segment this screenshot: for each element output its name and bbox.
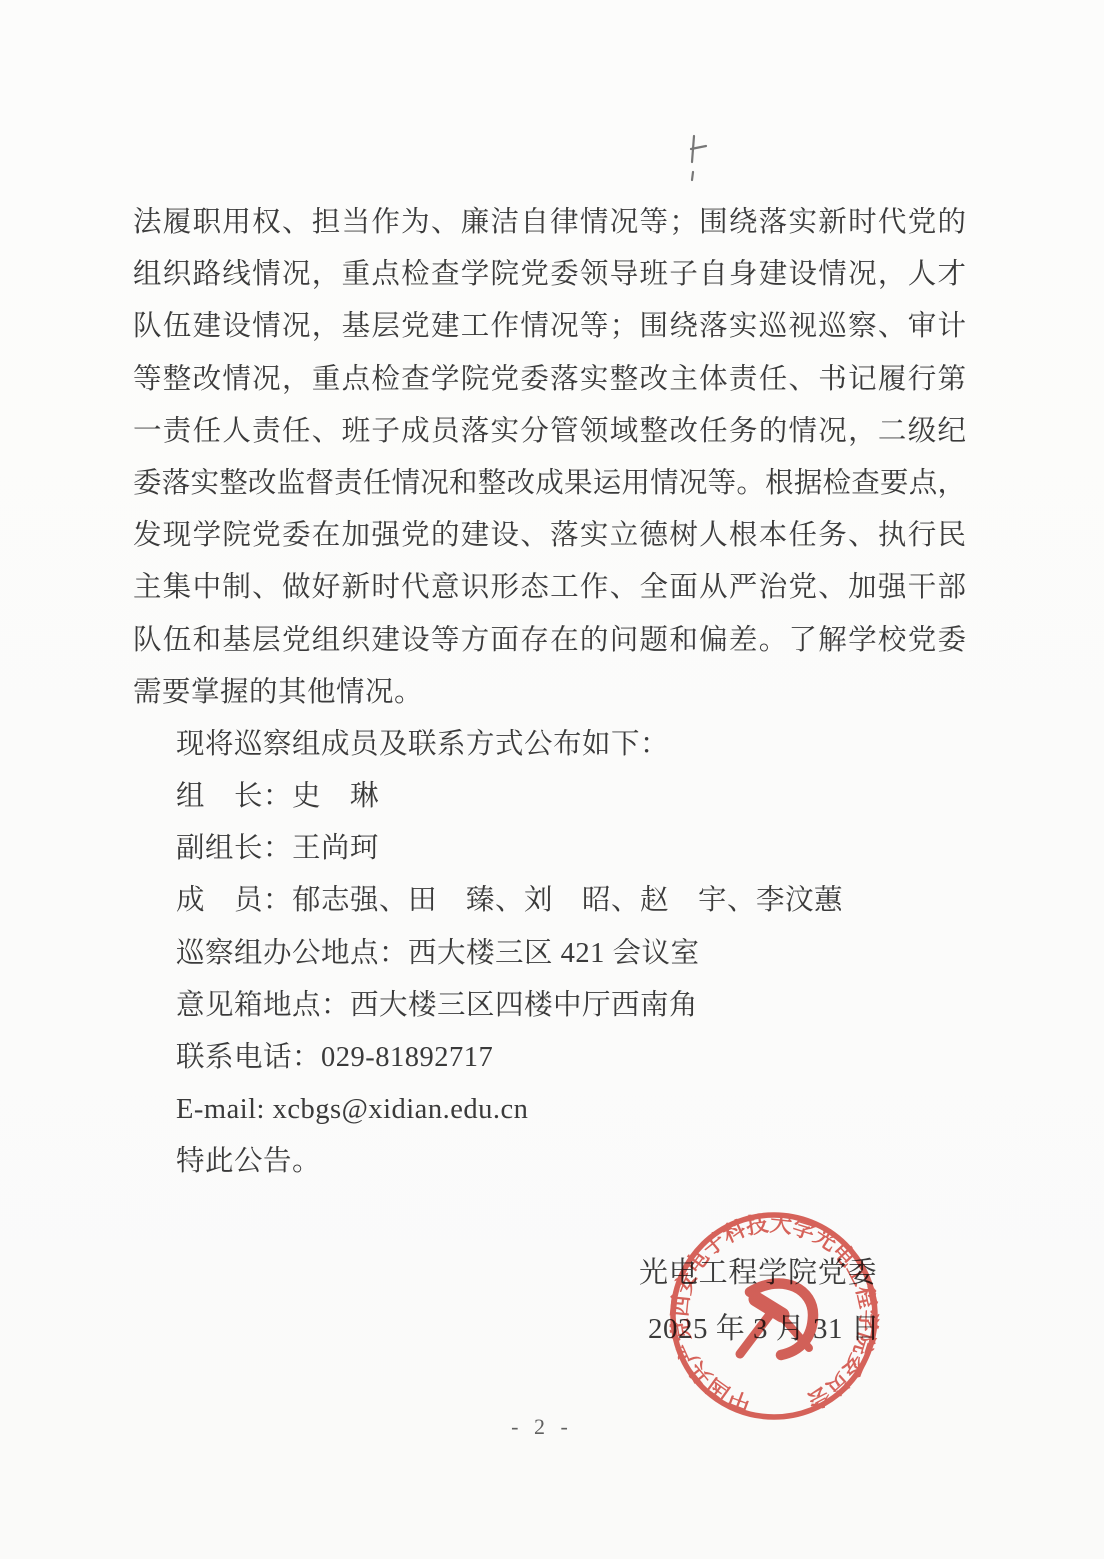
body-line: 等整改情况，重点检查学院党委落实整改主体责任、书记履行第 bbox=[133, 354, 966, 406]
body-line: 意见箱地点：西大楼三区四楼中厅西南角 bbox=[133, 980, 966, 1032]
body-line: 一责任人责任、班子成员落实分管领域整改任务的情况，二级纪 bbox=[133, 406, 966, 458]
body-line: 巡察组办公地点：西大楼三区 421 会议室 bbox=[133, 928, 966, 980]
body-line: 队伍和基层党组织建设等方面存在的问题和偏差。了解学校党委 bbox=[133, 615, 966, 667]
document-page: 法履职用权、担当作为、廉洁自律情况等；围绕落实新时代党的组织路线情况，重点检查学… bbox=[0, 0, 1104, 1559]
body-line: 现将巡察组成员及联系方式公布如下： bbox=[133, 719, 966, 771]
page-number: - 2 - bbox=[420, 1414, 660, 1440]
document-body: 法履职用权、担当作为、廉洁自律情况等；围绕落实新时代党的组织路线情况，重点检查学… bbox=[133, 197, 966, 1189]
body-line: 需要掌握的其他情况。 bbox=[133, 667, 966, 719]
body-line: 成 员：郁志强、田 臻、刘 昭、赵 宇、李汶蕙 bbox=[133, 875, 966, 927]
body-line: 特此公告。 bbox=[133, 1136, 966, 1188]
party-emblem-icon bbox=[740, 1283, 813, 1355]
body-line: 主集中制、做好新时代意识形态工作、全面从严治党、加强干部 bbox=[133, 562, 966, 614]
body-line: 副组长：王尚珂 bbox=[133, 823, 966, 875]
body-line: 联系电话：029-81892717 bbox=[133, 1032, 966, 1084]
body-line: 发现学院党委在加强党的建设、落实立德树人根本任务、执行民 bbox=[133, 510, 966, 562]
official-seal: 中国共产党西安电子科技大学光电工程学院委员会 bbox=[659, 1201, 889, 1431]
body-line: 队伍建设情况，基层党建工作情况等；围绕落实巡视巡察、审计 bbox=[133, 301, 966, 353]
body-line: E-mail: xcbgs@xidian.edu.cn bbox=[133, 1084, 966, 1136]
body-line: 组织路线情况，重点检查学院党委领导班子自身建设情况，人才 bbox=[133, 249, 966, 301]
scan-mark bbox=[680, 130, 720, 186]
body-line: 组 长：史 琳 bbox=[133, 771, 966, 823]
body-line: 委落实整改监督责任情况和整改成果运用情况等。根据检查要点， bbox=[133, 458, 966, 510]
body-line: 法履职用权、担当作为、廉洁自律情况等；围绕落实新时代党的 bbox=[133, 197, 966, 249]
